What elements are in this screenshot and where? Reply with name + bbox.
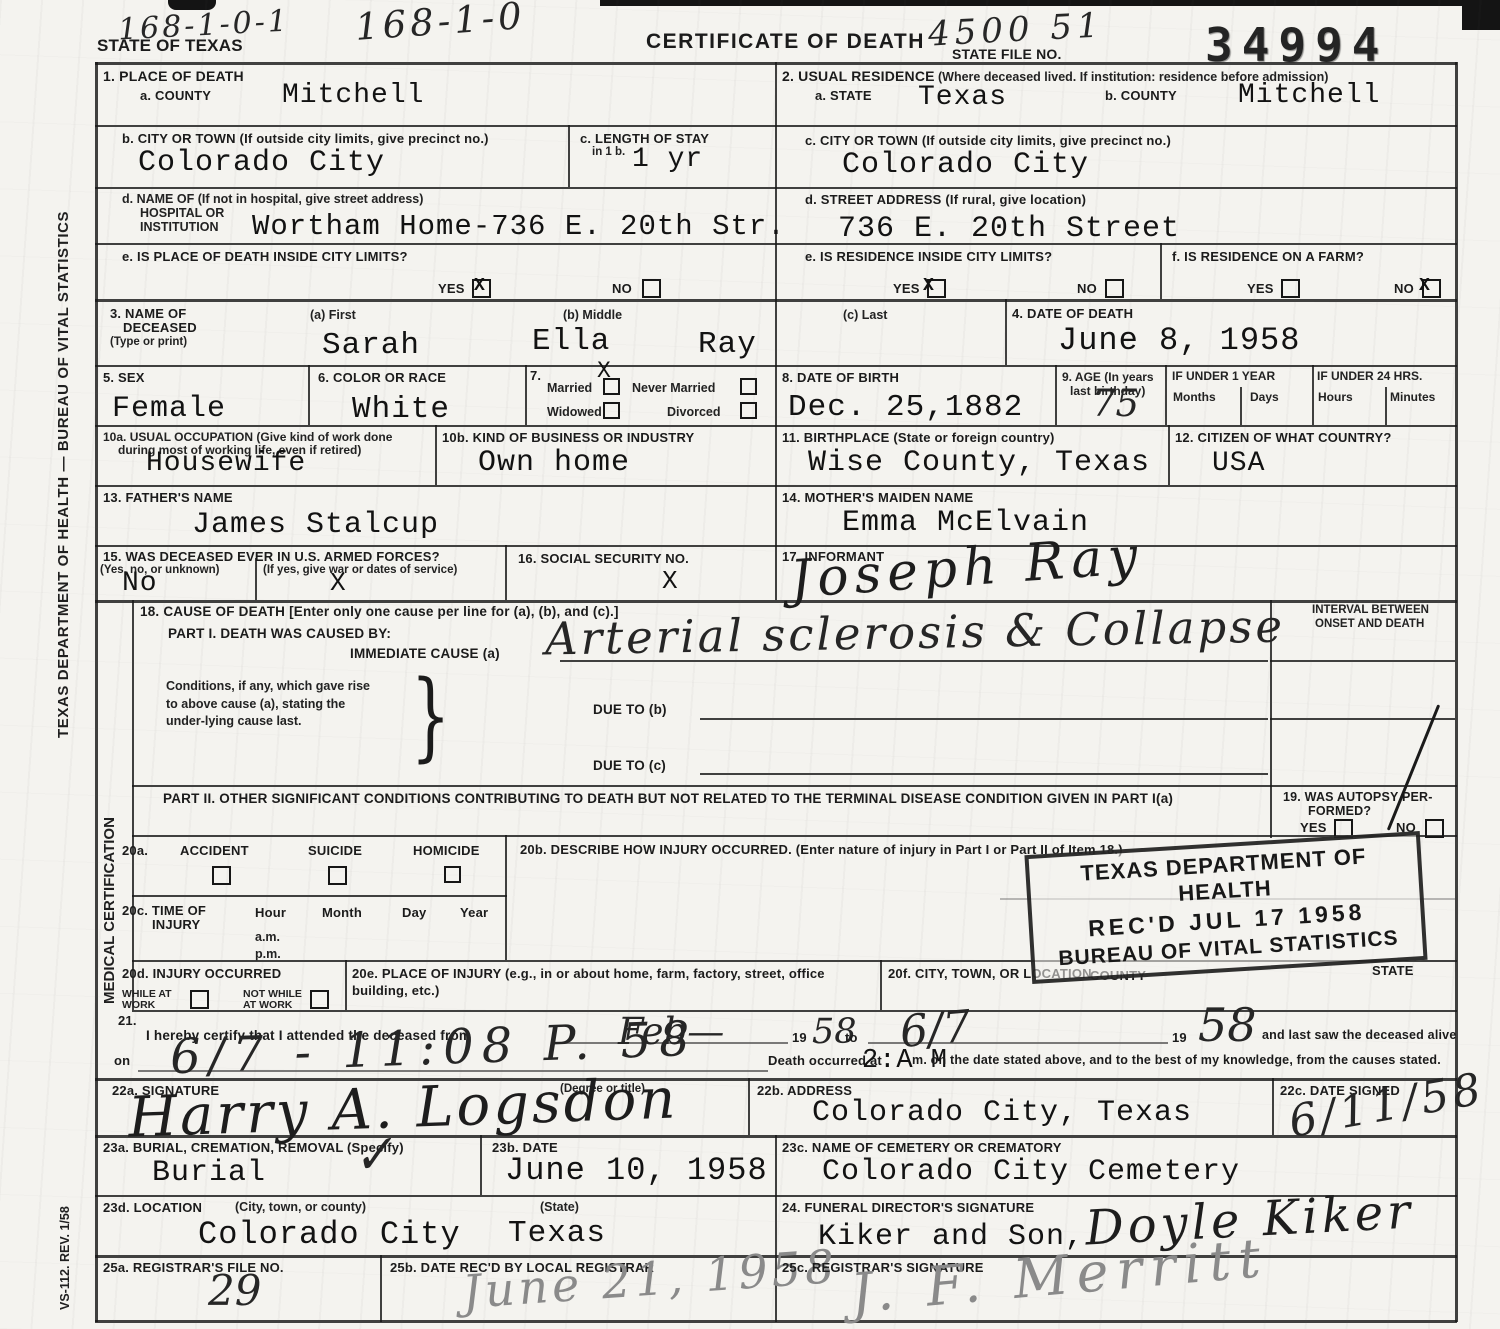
x-mark: X — [923, 276, 934, 296]
armed-forces-value: No — [122, 568, 158, 599]
institution-value: Wortham Home-736 E. 20th Str. — [252, 210, 786, 243]
state-file-no-label: STATE FILE NO. — [952, 46, 1062, 62]
citizen-label: 12. CITIZEN OF WHAT COUNTRY? — [1175, 430, 1391, 445]
grid-line — [132, 785, 1457, 787]
widowed-checkbox — [603, 402, 620, 419]
date-of-birth-value: Dec. 25,1882 — [788, 390, 1023, 425]
accident-checkbox — [212, 866, 231, 885]
date-of-death-value: June 8, 1958 — [1058, 322, 1300, 359]
grid-line — [380, 1255, 382, 1322]
never-married-checkbox — [740, 378, 757, 395]
last-name-label: (c) Last — [843, 308, 887, 322]
funeral-director-label: 24. FUNERAL DIRECTOR'S SIGNATURE — [782, 1200, 1034, 1215]
date-of-death-label: 4. DATE OF DEATH — [1012, 306, 1133, 321]
residence-state-label: a. STATE — [815, 88, 872, 103]
grid-line — [775, 62, 777, 600]
grid-line — [880, 960, 882, 1010]
burial-city-value: Colorado City — [198, 1216, 461, 1253]
residence-county-label: b. COUNTY — [1105, 88, 1177, 103]
residence-city-value: Colorado City — [842, 148, 1089, 182]
divorced-label: Divorced — [667, 405, 721, 419]
sex-label: 5. SEX — [103, 370, 145, 385]
year-prefix: 19 — [1172, 1030, 1187, 1045]
yes-label: YES — [438, 281, 465, 296]
accident-label: ACCIDENT — [180, 843, 249, 858]
x-mark: X — [474, 276, 485, 296]
no-label: NO — [612, 281, 632, 296]
grid-line — [132, 835, 1457, 837]
brace-glyph: } — [411, 660, 451, 772]
causes-stated-text: m. on the date stated above, and to the … — [912, 1053, 1441, 1067]
certify-row-number: 21. — [118, 1013, 137, 1028]
grid-line — [1312, 365, 1314, 425]
no-label: NO — [1077, 281, 1097, 296]
type-or-print-label: (Type or print) — [110, 336, 187, 348]
conditions-note: Conditions, if any, which gave rise to a… — [166, 678, 376, 731]
received-stamp: TEXAS DEPARTMENT OF HEALTH REC'D JUL 17 … — [1024, 831, 1427, 984]
not-while-at-work-checkbox — [310, 990, 329, 1009]
state-of-texas-label: STATE OF TEXAS — [97, 36, 243, 56]
grid-line — [1455, 62, 1458, 1322]
death-certificate-scan: TEXAS DEPARTMENT OF HEALTH — BUREAU OF V… — [0, 0, 1500, 1329]
part1-label: PART I. DEATH WAS CAUSED BY: — [168, 626, 391, 641]
time-of-injury-label: 20c. TIME OF — [122, 903, 206, 918]
grid-line — [1005, 299, 1007, 365]
occupation-label: 10a. USUAL OCCUPATION (Give kind of work… — [103, 430, 392, 444]
grid-line — [345, 960, 347, 1010]
grid-line — [1168, 425, 1170, 485]
while-at-work-label2: WORK — [122, 999, 155, 1011]
grid-line — [308, 365, 310, 425]
due-to-b-label: DUE TO (b) — [593, 702, 667, 717]
am-label: a.m. — [255, 930, 280, 944]
grid-line — [1270, 660, 1455, 662]
institution-label: d. NAME OF (If not in hospital, give str… — [122, 192, 423, 206]
residence-limits-label: e. IS RESIDENCE INSIDE CITY LIMITS? — [805, 249, 1052, 264]
residence-limits-yes-checkbox: X — [927, 279, 946, 298]
name-of-deceased-label: 3. NAME OF — [110, 306, 186, 321]
grid-line — [525, 365, 527, 425]
if-under-1-year-label: IF UNDER 1 YEAR — [1172, 369, 1275, 383]
interval-label2: ONSET AND DEATH — [1315, 618, 1424, 630]
grid-line — [1385, 387, 1387, 425]
grid-line — [748, 1078, 750, 1135]
while-at-work-checkbox — [190, 990, 209, 1009]
age-value: 75 — [1092, 382, 1139, 425]
birthplace-label: 11. BIRTHPLACE (State or foreign country… — [782, 430, 1055, 445]
yes-label: YES — [893, 281, 920, 296]
scan-artifact — [1462, 0, 1500, 30]
month-label: Month — [322, 905, 362, 920]
hour-label: Hour — [255, 905, 286, 920]
part2-label: PART II. OTHER SIGNIFICANT CONDITIONS CO… — [163, 791, 1173, 806]
business-industry-label: 10b. KIND OF BUSINESS OR INDUSTRY — [442, 430, 694, 445]
war-dates-value: X — [330, 568, 347, 598]
street-address-value: 736 E. 20th Street — [838, 212, 1180, 246]
form-line — [700, 773, 1268, 775]
social-security-value: X — [662, 566, 679, 596]
fathers-name-value: James Stalcup — [192, 508, 439, 542]
county-label: a. COUNTY — [140, 88, 211, 103]
sex-value: Female — [112, 392, 226, 426]
grid-line — [568, 125, 570, 187]
homicide-label: HOMICIDE — [413, 843, 480, 858]
place-of-injury-label: 20e. PLACE OF INJURY (e.g., in or about … — [352, 966, 867, 1000]
first-name-label: (a) First — [310, 308, 356, 322]
cemetery-value: Colorado City Cemetery — [822, 1155, 1240, 1189]
farm-no-checkbox: X — [1422, 279, 1441, 298]
suicide-label: SUICIDE — [308, 843, 362, 858]
form-code-vertical-label: VS-112. REV. 1/58 — [58, 1138, 72, 1310]
state-footer-label: STATE — [1372, 963, 1414, 978]
year-label: Year — [460, 905, 488, 920]
immediate-cause-label: IMMEDIATE CAUSE (a) — [350, 646, 500, 661]
state-sublabel: (State) — [540, 1200, 579, 1214]
length-of-stay-value: 1 yr — [632, 144, 703, 175]
medical-certification-vertical-label: MEDICAL CERTIFICATION — [101, 772, 118, 1004]
grid-line — [255, 558, 257, 600]
grid-line — [435, 425, 437, 485]
not-while-at-work-label2: AT WORK — [243, 999, 292, 1011]
place-of-death-title: 1. PLACE OF DEATH — [103, 68, 244, 84]
first-name-value: Sarah — [322, 328, 420, 363]
minutes-label: Minutes — [1390, 390, 1435, 404]
middle-name-label: (b) Middle — [563, 308, 622, 322]
autopsy-no-checkbox — [1425, 819, 1444, 838]
grid-line — [1055, 365, 1057, 425]
grid-line — [132, 895, 507, 897]
handwritten-code: 168-1-0 — [354, 0, 527, 49]
grid-line — [480, 1135, 482, 1195]
agency-vertical-label: TEXAS DEPARTMENT OF HEALTH — BUREAU OF V… — [55, 228, 72, 738]
accident-row-number: 20a. — [122, 843, 148, 858]
interval-label: INTERVAL BETWEEN — [1312, 604, 1429, 616]
married-label: Married — [547, 381, 592, 395]
usual-residence-title: 2. USUAL RESIDENCE — [782, 68, 935, 84]
marital-status-number: 7. — [530, 368, 541, 383]
grid-line — [505, 545, 507, 600]
city-or-town-label: b. CITY OR TOWN (If outside city limits,… — [122, 131, 489, 146]
pm-label: p.m. — [255, 947, 281, 961]
on-label: on — [114, 1053, 130, 1068]
residence-county-value: Mitchell — [1238, 80, 1380, 111]
grid-line — [1165, 365, 1167, 425]
burial-state-value: Texas — [508, 1216, 606, 1251]
due-to-c-label: DUE TO (c) — [593, 758, 666, 773]
day-label: Day — [402, 905, 426, 920]
homicide-checkbox — [444, 866, 461, 883]
cemetery-label: 23c. NAME OF CEMETERY OR CREMATORY — [782, 1140, 1062, 1155]
name-of-deceased-label2: DECEASED — [123, 320, 197, 335]
date-of-birth-label: 8. DATE OF BIRTH — [782, 370, 899, 385]
citizen-value: USA — [1212, 448, 1265, 479]
widowed-label: Widowed — [547, 405, 602, 419]
residence-state-value: Texas — [918, 82, 1007, 113]
suicide-checkbox — [328, 866, 347, 885]
autopsy-label: 19. WAS AUTOPSY PER- — [1283, 790, 1433, 804]
city-town-county-sublabel: (City, town, or county) — [235, 1200, 366, 1214]
registrar-file-no-value: 29 — [208, 1266, 261, 1315]
form-line — [700, 718, 1268, 720]
grid-line — [1270, 718, 1455, 720]
to-year-value: 58 — [1198, 998, 1257, 1052]
street-address-label: d. STREET ADDRESS (If rural, give locati… — [805, 192, 1086, 207]
grid-line — [505, 835, 507, 960]
county-value: Mitchell — [282, 80, 424, 111]
days-label: Days — [1250, 390, 1279, 404]
residence-city-label: c. CITY OR TOWN (If outside city limits,… — [805, 133, 1171, 148]
hours-label: Hours — [1318, 390, 1353, 404]
birthplace-value: Wise County, Texas — [808, 446, 1150, 480]
time-of-injury-label2: INJURY — [152, 917, 200, 932]
last-saw-text: and last saw the deceased alive — [1262, 1028, 1457, 1042]
occupation-value: Housewife — [146, 448, 306, 479]
married-x-mark: X — [597, 358, 612, 384]
farm-yes-checkbox — [1281, 279, 1300, 298]
business-industry-value: Own home — [478, 446, 630, 480]
grid-line — [132, 600, 134, 1010]
middle-name-value: Ella — [532, 324, 610, 359]
armed-forces-sublabel: (Yes, no, or unknown) — [100, 564, 219, 576]
farm-label: f. IS RESIDENCE ON A FARM? — [1172, 249, 1364, 264]
no-label: NO — [1394, 281, 1414, 296]
burial-date-value: June 10, 1958 — [505, 1152, 768, 1189]
fathers-name-label: 13. FATHER'S NAME — [103, 490, 233, 505]
grid-line — [1160, 243, 1162, 299]
immediate-cause-value: Arterial sclerosis & Collapse — [545, 600, 1286, 666]
to-label: to — [845, 1030, 858, 1045]
grid-line — [132, 1010, 1457, 1012]
grid-line — [1240, 387, 1242, 425]
color-race-label: 6. COLOR OR RACE — [318, 370, 446, 385]
burial-location-label: 23d. LOCATION — [103, 1200, 202, 1215]
x-mark: X — [1419, 276, 1430, 296]
never-married-label: Never Married — [632, 381, 715, 395]
autopsy-label2: FORMED? — [1308, 804, 1371, 818]
social-security-label: 16. SOCIAL SECURITY NO. — [518, 551, 689, 566]
grid-line — [95, 62, 98, 1322]
place-limits-no-checkbox — [642, 279, 661, 298]
institution-label2: HOSPITAL OR — [140, 206, 224, 220]
if-under-24-hrs-label: IF UNDER 24 HRS. — [1317, 369, 1422, 383]
year-prefix: 19 — [792, 1030, 807, 1045]
scan-artifact — [600, 0, 1500, 6]
place-limits-label: e. IS PLACE OF DEATH INSIDE CITY LIMITS? — [122, 249, 408, 264]
divorced-checkbox — [740, 402, 757, 419]
color-race-value: White — [352, 392, 450, 427]
length-of-stay-sublabel: in 1 b. — [592, 146, 625, 158]
injury-occurred-label: 20d. INJURY OCCURRED — [122, 966, 281, 981]
institution-label3: INSTITUTION — [140, 220, 218, 234]
burial-value: Burial — [152, 1156, 266, 1190]
city-or-town-value: Colorado City — [138, 146, 385, 180]
months-label: Months — [1173, 390, 1216, 404]
address-value: Colorado City, Texas — [812, 1096, 1192, 1130]
yes-label: YES — [1247, 281, 1274, 296]
grid-line — [1272, 1078, 1274, 1135]
yes-label: YES — [1300, 820, 1327, 835]
residence-limits-no-checkbox — [1105, 279, 1124, 298]
certificate-title: CERTIFICATE OF DEATH — [646, 30, 925, 54]
place-limits-yes-checkbox: X — [472, 279, 491, 298]
war-dates-sublabel: (If yes, give war or dates of service) — [263, 564, 457, 576]
autopsy-pen-stroke — [1387, 704, 1440, 830]
mothers-maiden-name-label: 14. MOTHER'S MAIDEN NAME — [782, 490, 973, 505]
last-name-value: Ray — [698, 327, 757, 362]
armed-forces-label: 15. WAS DECEASED EVER IN U.S. ARMED FORC… — [103, 549, 440, 564]
